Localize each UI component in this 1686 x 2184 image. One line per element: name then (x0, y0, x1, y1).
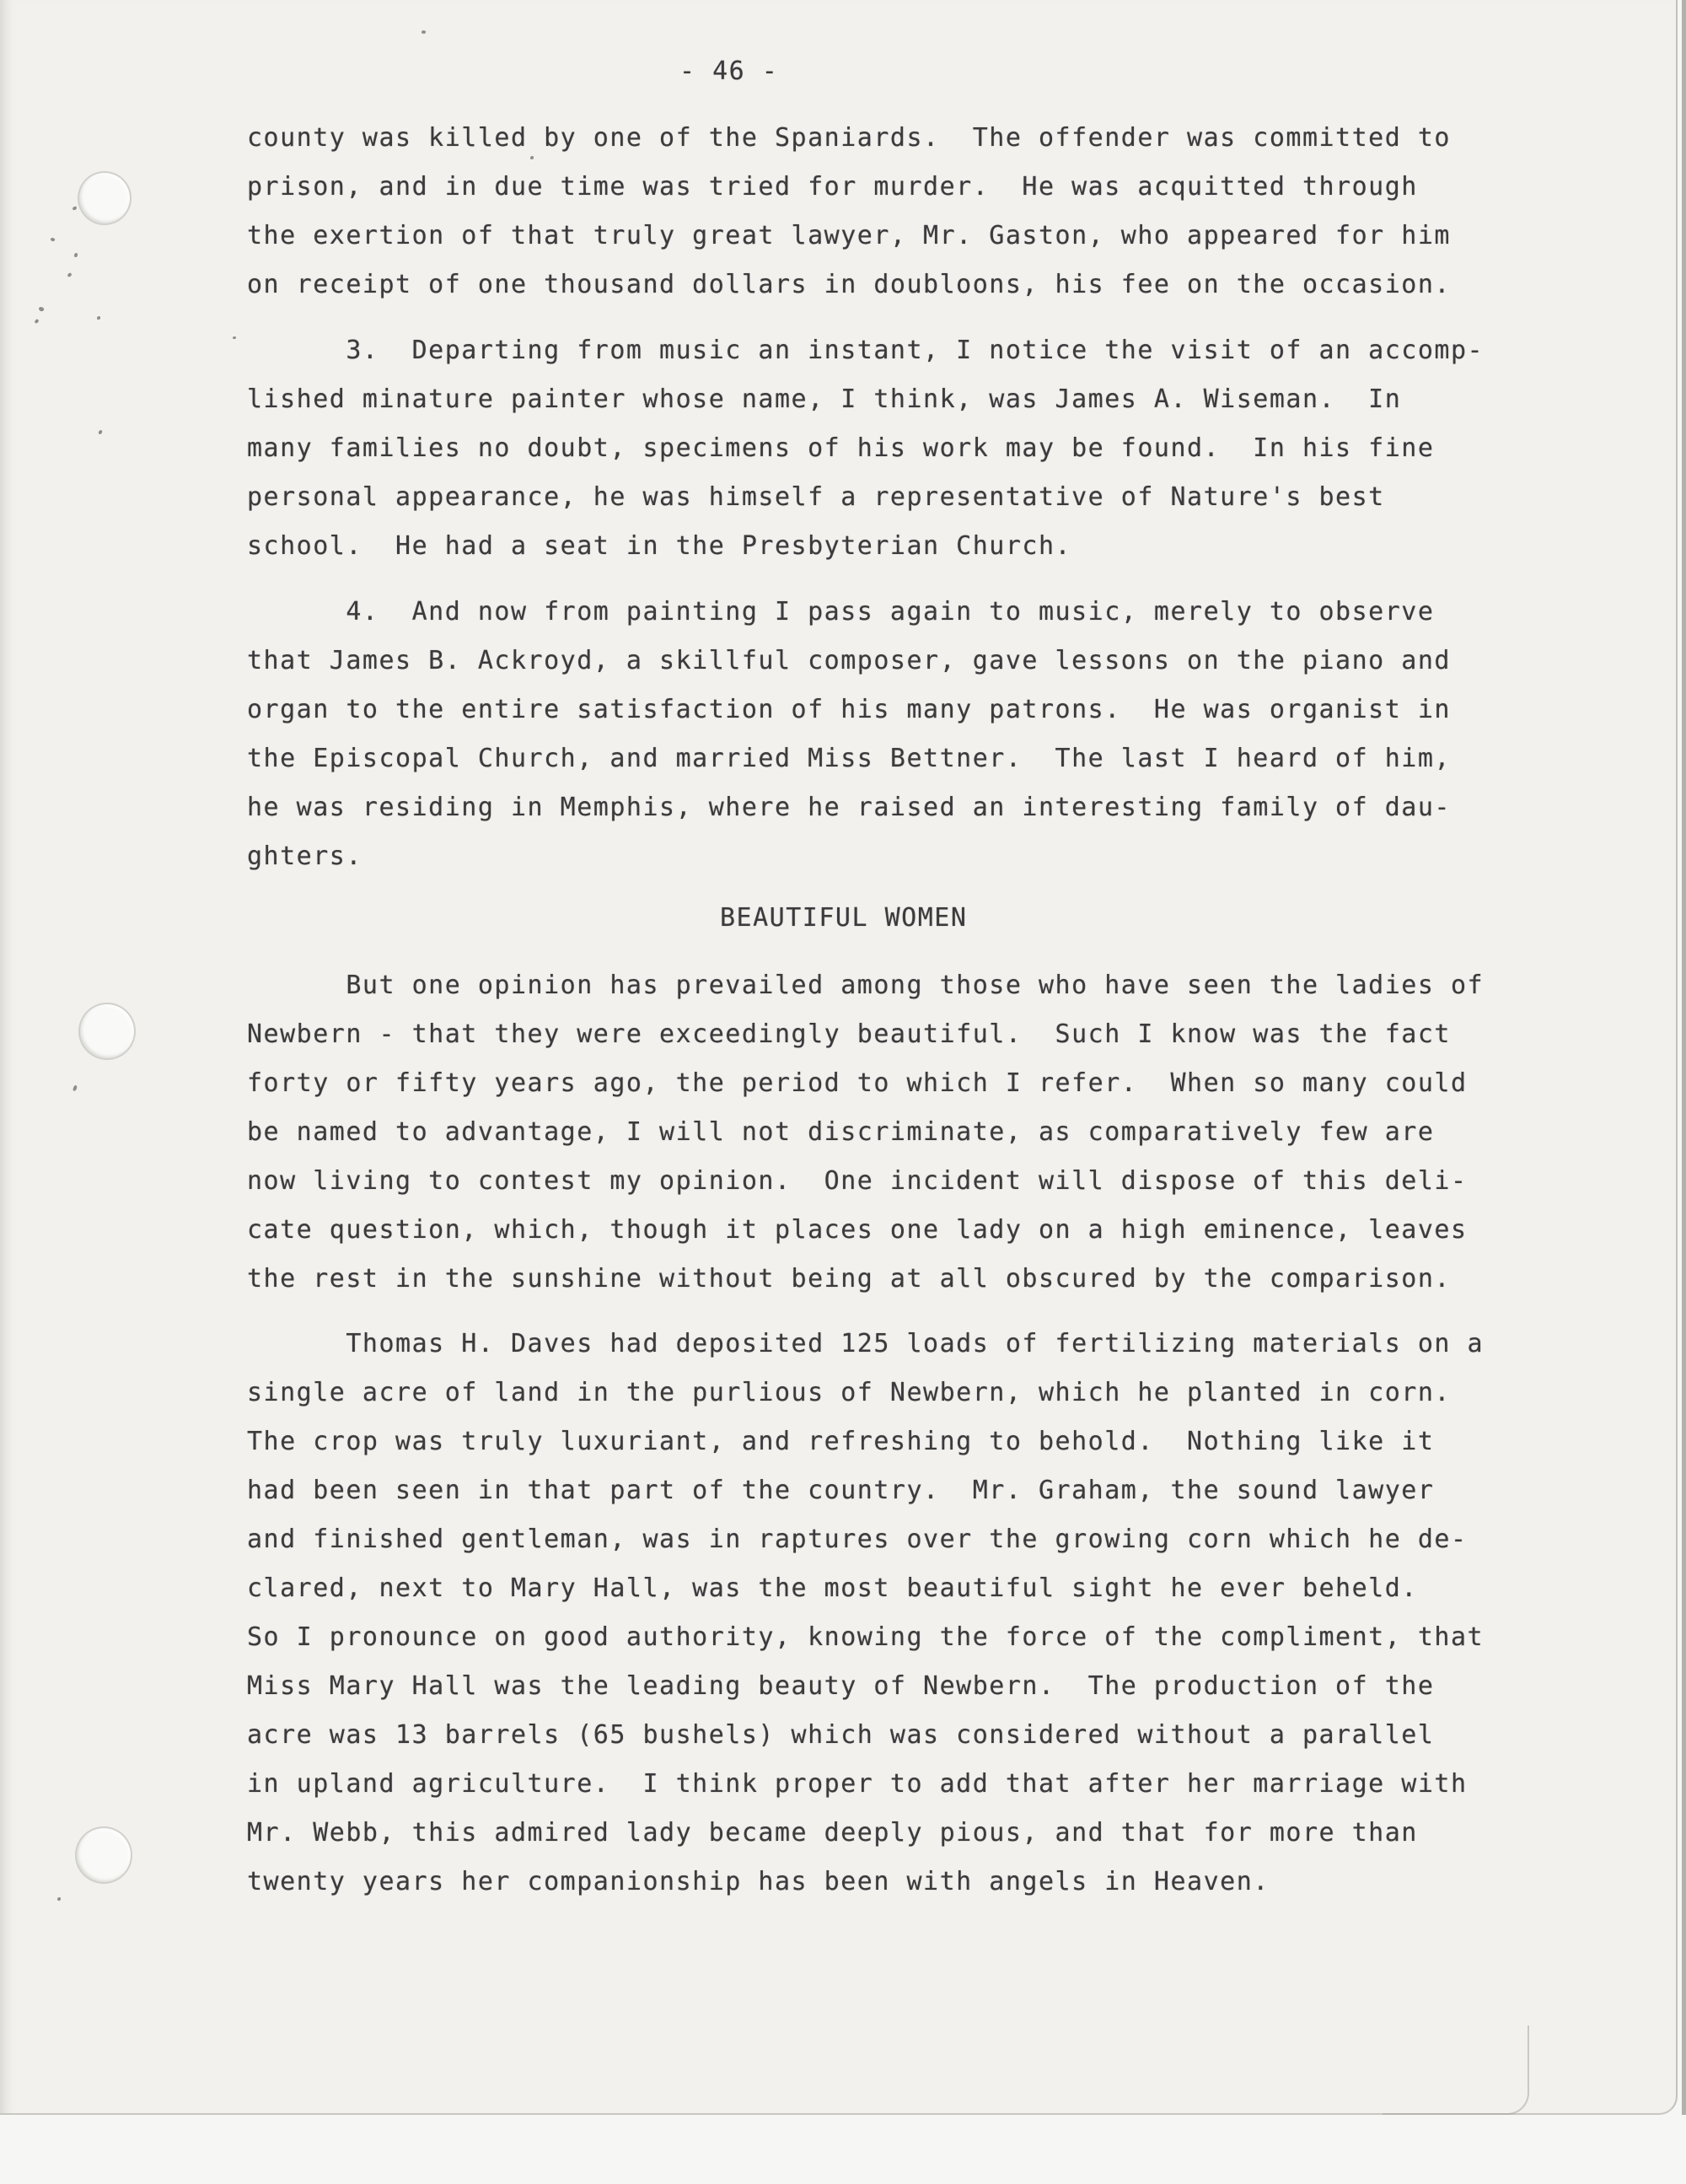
paragraph-beautiful-women: But one opinion has prevailed among thos… (247, 961, 1484, 1304)
paragraph-item-3: 3. Departing from music an instant, I no… (247, 326, 1484, 571)
ink-speckle (530, 156, 534, 159)
ink-speckle (98, 430, 102, 435)
ink-speckle (34, 319, 39, 324)
page-number-header: - 46 - (679, 47, 778, 96)
scan-right-edge (1682, 0, 1686, 2115)
under-sheet-corner (1383, 2025, 1529, 2115)
paragraph-thomas-daves: Thomas H. Daves had deposited 125 loads … (247, 1320, 1484, 1907)
ink-speckle (57, 1897, 61, 1901)
ink-speckle (72, 206, 78, 210)
ink-speckle (67, 272, 72, 277)
ink-speckle (421, 30, 426, 34)
punch-hole-top (78, 171, 132, 225)
ink-speckle (72, 1085, 78, 1092)
punch-hole-middle (78, 1003, 136, 1060)
punch-hole-bottom (75, 1826, 132, 1884)
section-heading: BEAUTIFUL WOMEN (720, 894, 967, 943)
paragraph-continuation: county was killed by one of the Spaniard… (247, 114, 1451, 309)
ink-speckle (38, 306, 45, 313)
paper: - 46 - county was killed by one of the S… (0, 0, 1678, 2115)
ink-speckle (97, 316, 100, 320)
scanned-page: - 46 - county was killed by one of the S… (0, 0, 1686, 2184)
ink-speckle (233, 336, 236, 339)
ink-speckle (74, 253, 78, 257)
ink-speckle (50, 237, 55, 242)
paragraph-item-4: 4. And now from painting I pass again to… (247, 588, 1451, 881)
